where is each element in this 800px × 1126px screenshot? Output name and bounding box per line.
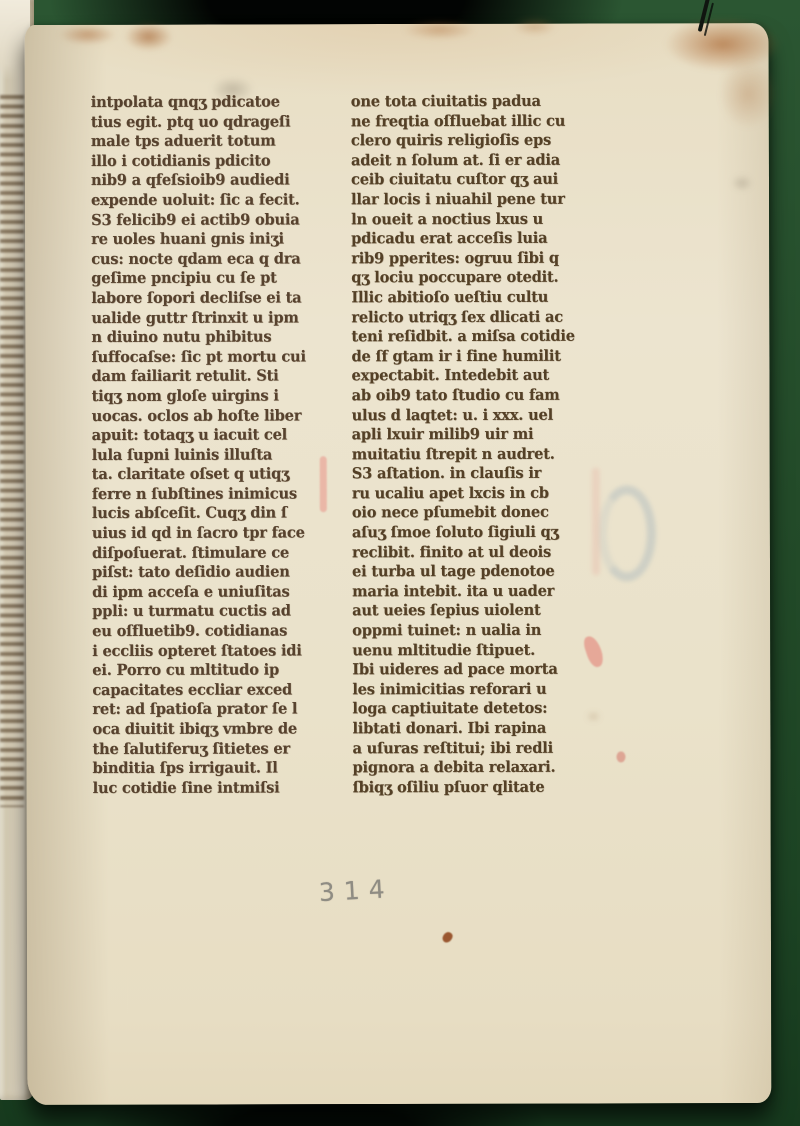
manuscript-text-line: luc cotidie ſine intmiſsi — [93, 778, 347, 799]
manuscript-text-line: libtati donari. Ibi rapina — [352, 718, 606, 739]
manuscript-text-line: intpolata qnqʒ pdicatoe — [91, 92, 345, 113]
manuscript-text-line: les inimicitias reforari u — [352, 679, 606, 700]
manuscript-photo: intpolata qnqʒ pdicatoetius egit. ptq uo… — [0, 0, 800, 1126]
manuscript-text-line: teni reſidbit. a miſsa cotidie — [351, 326, 605, 347]
manuscript-text-line: piſst: tato deſidio audien — [92, 562, 346, 583]
manuscript-text-line: i eccliis opteret ſtatoes idi — [92, 640, 346, 661]
facing-page-text-edge — [0, 95, 24, 807]
manuscript-text-line: ln oueit a noctius lxus u — [351, 209, 605, 230]
manuscript-text-line: a uſuras reſtitui; ibi redli — [352, 738, 606, 759]
text-column-right: one tota ciuitatis paduane freqtia oſflu… — [351, 91, 607, 797]
red-dot-mark — [616, 751, 625, 762]
manuscript-text-line: ret: ad ſpatioſa prator ſe l — [92, 699, 346, 720]
manuscript-text-line: S3 aſtation. in clauſis ir — [352, 463, 606, 484]
manuscript-text-line: ulus d laqtet: u. i xxx. uel — [352, 405, 606, 426]
manuscript-text-line: ſbiqʒ oſiliu pſuor qlitate — [353, 777, 607, 798]
manuscript-text-line: oio nece pſumebit donec — [352, 503, 606, 524]
manuscript-text-line: Illic abitioſo ueſtiu cultu — [351, 287, 605, 308]
manuscript-text-line: labore ſopori decliſse ei ta — [91, 288, 345, 309]
manuscript-text-line: pignora a debita relaxari. — [353, 757, 607, 778]
right-edge-stain — [719, 59, 777, 129]
manuscript-text-line: re uoles huani gnis iniʒi — [91, 229, 345, 250]
manuscript-text-line: loga captiuitate detetos: — [352, 698, 606, 719]
manuscript-text-line: n diuino nutu phibitus — [91, 327, 345, 348]
manuscript-text-line: ualide guttr ſtrinxit u ipm — [91, 307, 345, 328]
manuscript-text-line: ab oib9 tato ſtudio cu fam — [352, 385, 606, 406]
manuscript-text-line: reclibit. finito at ul deois — [352, 542, 606, 563]
top-edge-stain — [59, 25, 117, 45]
manuscript-text-line: ppli: u turmatu cuctis ad — [92, 601, 346, 622]
manuscript-text-line: ta. claritate oſset q utiqʒ — [92, 464, 346, 485]
manuscript-text-line: tiqʒ nom gloſe uirgins i — [92, 386, 346, 407]
manuscript-text-line: ei. Porro cu mltitudo ip — [92, 660, 346, 681]
manuscript-text-line: relicto utriqʒ ſex dlicati ac — [351, 307, 605, 328]
manuscript-text-line: male tps aduerit totum — [91, 131, 345, 152]
folio-number-pencil: 314 — [318, 874, 394, 907]
manuscript-text-line: illo i cotidianis pdicito — [91, 151, 345, 172]
manuscript-text-line: Ibi uideres ad pace morta — [352, 659, 606, 680]
manuscript-text-line: ei turba ul tage pdenotoe — [352, 561, 606, 582]
manuscript-text-line: diſpoſuerat. ſtimulare ce — [92, 542, 346, 563]
manuscript-text-line: tius egit. ptq uo qdrageſi — [91, 111, 345, 132]
manuscript-text-line: llar locis i niuahil pene tur — [351, 189, 605, 210]
bleedthrough-initial-bowl — [598, 485, 656, 581]
manuscript-text-line: di ipm acceſa e uniuſitas — [92, 582, 346, 603]
manuscript-text-line: uocas. oclos ab hoſte liber — [92, 405, 346, 426]
manuscript-text-line: nib9 a qfeſsioib9 audiedi — [91, 170, 345, 191]
manuscript-text-line: ceib ciuitatu cuſtor qʒ aui — [351, 169, 605, 190]
manuscript-text-line: geſime pncipiu cu ſe pt — [91, 268, 345, 289]
top-edge-stain — [125, 23, 173, 51]
manuscript-text-line: eu oſfluetib9. cotidianas — [92, 621, 346, 642]
manuscript-text-line: lula ſupni luinis illuſta — [92, 444, 346, 465]
manuscript-text-line: one tota ciuitatis padua — [351, 91, 605, 112]
manuscript-text-line: rib9 pperites: ogruu ſibi q — [351, 248, 605, 269]
manuscript-text-line: expectabit. Intedebit aut — [351, 365, 605, 386]
manuscript-text-line: ru ucaliu apet lxcis in cb — [352, 483, 606, 504]
manuscript-text-line: apuit: totaqʒ u iacuit cel — [92, 425, 346, 446]
parchment-page: intpolata qnqʒ pdicatoetius egit. ptq uo… — [25, 23, 772, 1105]
manuscript-text-line: ne freqtia oſfluebat illic cu — [351, 111, 605, 132]
manuscript-text-line: muitatiu ſtrepit n audret. — [352, 444, 606, 465]
manuscript-text-line: apli lxuir milib9 uir mi — [352, 424, 606, 445]
manuscript-text-line: cus: nocte qdam eca q dra — [91, 248, 345, 269]
manuscript-text-line: maria intebit. ita u uader — [352, 581, 606, 602]
top-edge-stain — [403, 20, 477, 40]
manuscript-text-line: oppmi tuinet: n ualia in — [352, 620, 606, 641]
manuscript-text-line: adeit n ſolum at. ſi er adia — [351, 150, 605, 171]
ink-spot — [441, 930, 454, 944]
manuscript-text-line: ferre n ſubſtines inimicus — [92, 484, 346, 505]
manuscript-text-line: S3 felicib9 ei actib9 obuia — [91, 209, 345, 230]
gray-smudge — [731, 175, 753, 191]
manuscript-text-line: expende uoluit: ſic a fecit. — [91, 190, 345, 211]
top-right-corner-stain — [665, 17, 781, 71]
top-edge-stain — [513, 18, 557, 36]
manuscript-text-line: uius id qd in ſacro tpr face — [92, 523, 346, 544]
manuscript-text-line: binditia ſps irrigauit. Il — [93, 758, 347, 779]
manuscript-text-line: dam failiarit retulit. Sti — [91, 366, 345, 387]
manuscript-text-line: aſuʒ ſmoe ſoluto ſigiuli qʒ — [352, 522, 606, 543]
text-column-left: intpolata qnqʒ pdicatoetius egit. ptq uo… — [91, 92, 347, 798]
manuscript-text-line: de ſf gtam ir i fine humilit — [351, 346, 605, 367]
manuscript-text-line: the ſalutiferuʒ ſitietes er — [92, 738, 346, 759]
manuscript-text-line: ſuffocaſse: ſic pt mortu cui — [91, 346, 345, 367]
manuscript-text-line: oca diuitit ibiqʒ vmbre de — [92, 719, 346, 740]
manuscript-text-line: lucis abſceſit. Cuqʒ din ſ — [92, 503, 346, 524]
manuscript-text-line: uenu mltitudie ſtipuet. — [352, 640, 606, 661]
manuscript-text-line: capacitates eccliar exced — [92, 680, 346, 701]
manuscript-text-line: clero quiris religioſis eps — [351, 130, 605, 151]
manuscript-text-line: qʒ lociu poccupare otedit. — [351, 267, 605, 288]
manuscript-text-line: pdicadu erat acceſis luia — [351, 228, 605, 249]
manuscript-text-line: aut ueies ſepius uiolent — [352, 601, 606, 622]
